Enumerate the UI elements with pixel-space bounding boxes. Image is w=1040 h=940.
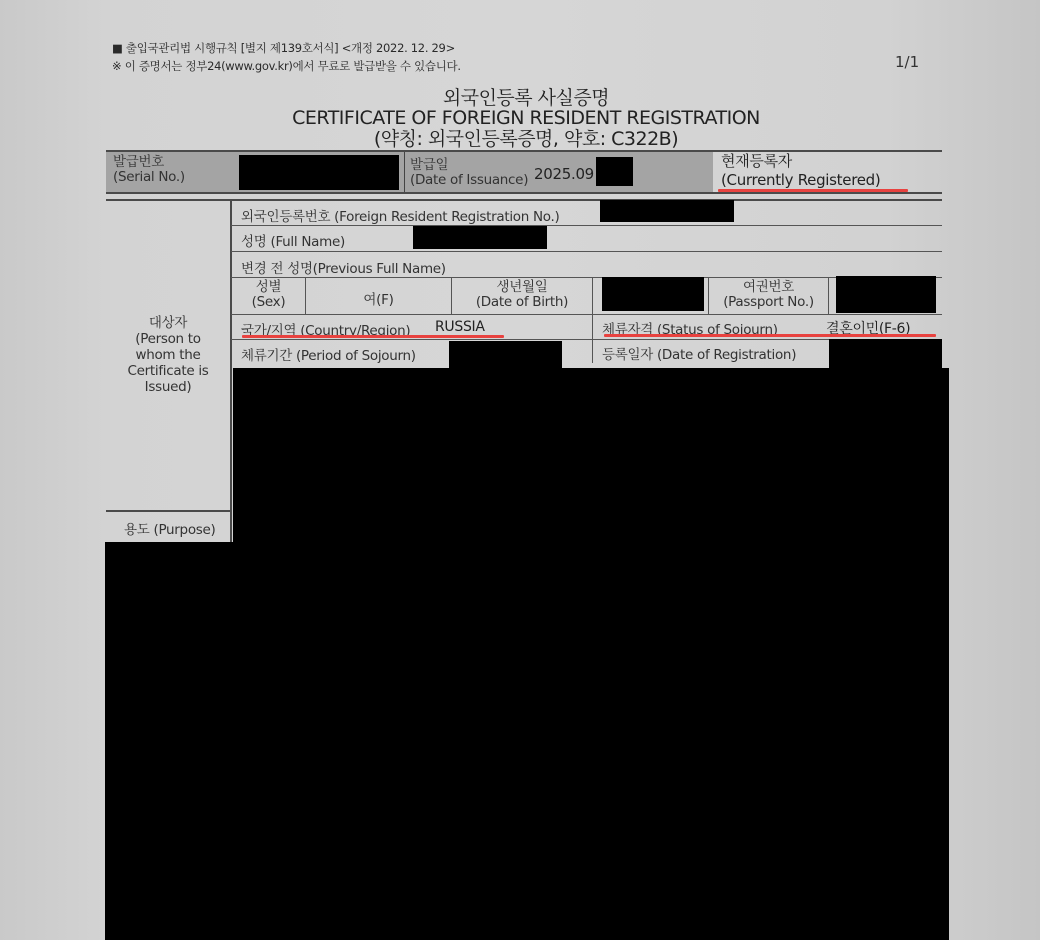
row-divider (231, 225, 942, 226)
period-label: 체류기간 (Period of Sojourn) (241, 344, 416, 364)
title-english: CERTIFICATE OF FOREIGN RESIDENT REGISTRA… (0, 108, 1040, 129)
dob-label-ko: 생년월일 (452, 280, 592, 295)
dob-label: 생년월일 (Date of Birth) (452, 280, 592, 310)
registration-status-en: (Currently Registered) (721, 171, 880, 190)
passport-label: 여권번호 (Passport No.) (709, 280, 828, 310)
red-underline-status (718, 189, 908, 192)
lower-content-redacted (105, 542, 949, 940)
registration-status-ko: 현재등록자 (721, 152, 880, 171)
period-redacted (449, 341, 562, 369)
previous-name-label: 변경 전 성명(Previous Full Name) (241, 257, 446, 277)
divider (828, 277, 829, 314)
serial-value-redacted (239, 155, 399, 190)
registration-status: 현재등록자 (Currently Registered) (721, 152, 880, 190)
red-underline-status-of-sojourn (604, 334, 936, 337)
subject-section-label: 대상자 (Person to whom the Certificate is I… (108, 315, 228, 395)
registration-date-redacted (829, 339, 942, 369)
divider (404, 152, 405, 192)
sex-label-en: (Sex) (232, 295, 305, 310)
red-underline-country (242, 335, 504, 338)
sex-value: 여(F) (306, 288, 451, 308)
full-name-label: 성명 (Full Name) (241, 230, 345, 250)
full-name-redacted (413, 226, 547, 249)
divider (592, 277, 593, 363)
content-redacted (233, 368, 949, 543)
issuance-date-redacted (596, 157, 633, 186)
issuance-notice: ※ 이 증명서는 정부24(www.gov.kr)에서 무료로 발급받을 수 있… (112, 58, 461, 74)
sex-label-ko: 성별 (232, 280, 305, 295)
serial-label-ko: 발급번호 (113, 155, 185, 170)
issuance-bottom-border (106, 192, 942, 194)
dob-label-en: (Date of Birth) (452, 295, 592, 310)
issuance-date-label-en: (Date of Issuance) (410, 173, 528, 188)
registration-no-redacted (600, 200, 734, 222)
purpose-label: 용도 (Purpose) (124, 518, 216, 538)
row-divider (231, 314, 942, 315)
passport-redacted (836, 276, 936, 313)
purpose-top-border (106, 510, 231, 512)
registration-date-label: 등록일자 (Date of Registration) (602, 343, 796, 363)
registration-no-label: 외국인등록번호 (Foreign Resident Registration N… (241, 205, 559, 225)
dob-redacted (602, 277, 704, 311)
serial-label-en: (Serial No.) (113, 170, 185, 185)
page-number: 1/1 (895, 53, 919, 71)
subject-label-en: (Person to whom the Certificate is Issue… (108, 331, 228, 395)
form-reference: ■ 출입국관리법 시행규칙 [별지 제139호서식] <개정 2022. 12.… (112, 40, 455, 56)
title-abbreviation: (약칭: 외국인등록증명, 약호: C322B) (0, 129, 1040, 150)
serial-label: 발급번호 (Serial No.) (113, 155, 185, 185)
row-divider (231, 251, 942, 252)
issuance-date-label: 발급일 (Date of Issuance) (410, 158, 528, 188)
passport-label-en: (Passport No.) (709, 295, 828, 310)
issuance-date-label-ko: 발급일 (410, 158, 528, 173)
passport-label-ko: 여권번호 (709, 280, 828, 295)
country-value: RUSSIA (435, 319, 485, 335)
subject-label-ko: 대상자 (108, 315, 228, 331)
issuance-date-value: 2025.09 (534, 165, 594, 183)
sex-label: 성별 (Sex) (232, 280, 305, 310)
title-korean: 외국인등록 사실증명 (0, 88, 1040, 109)
